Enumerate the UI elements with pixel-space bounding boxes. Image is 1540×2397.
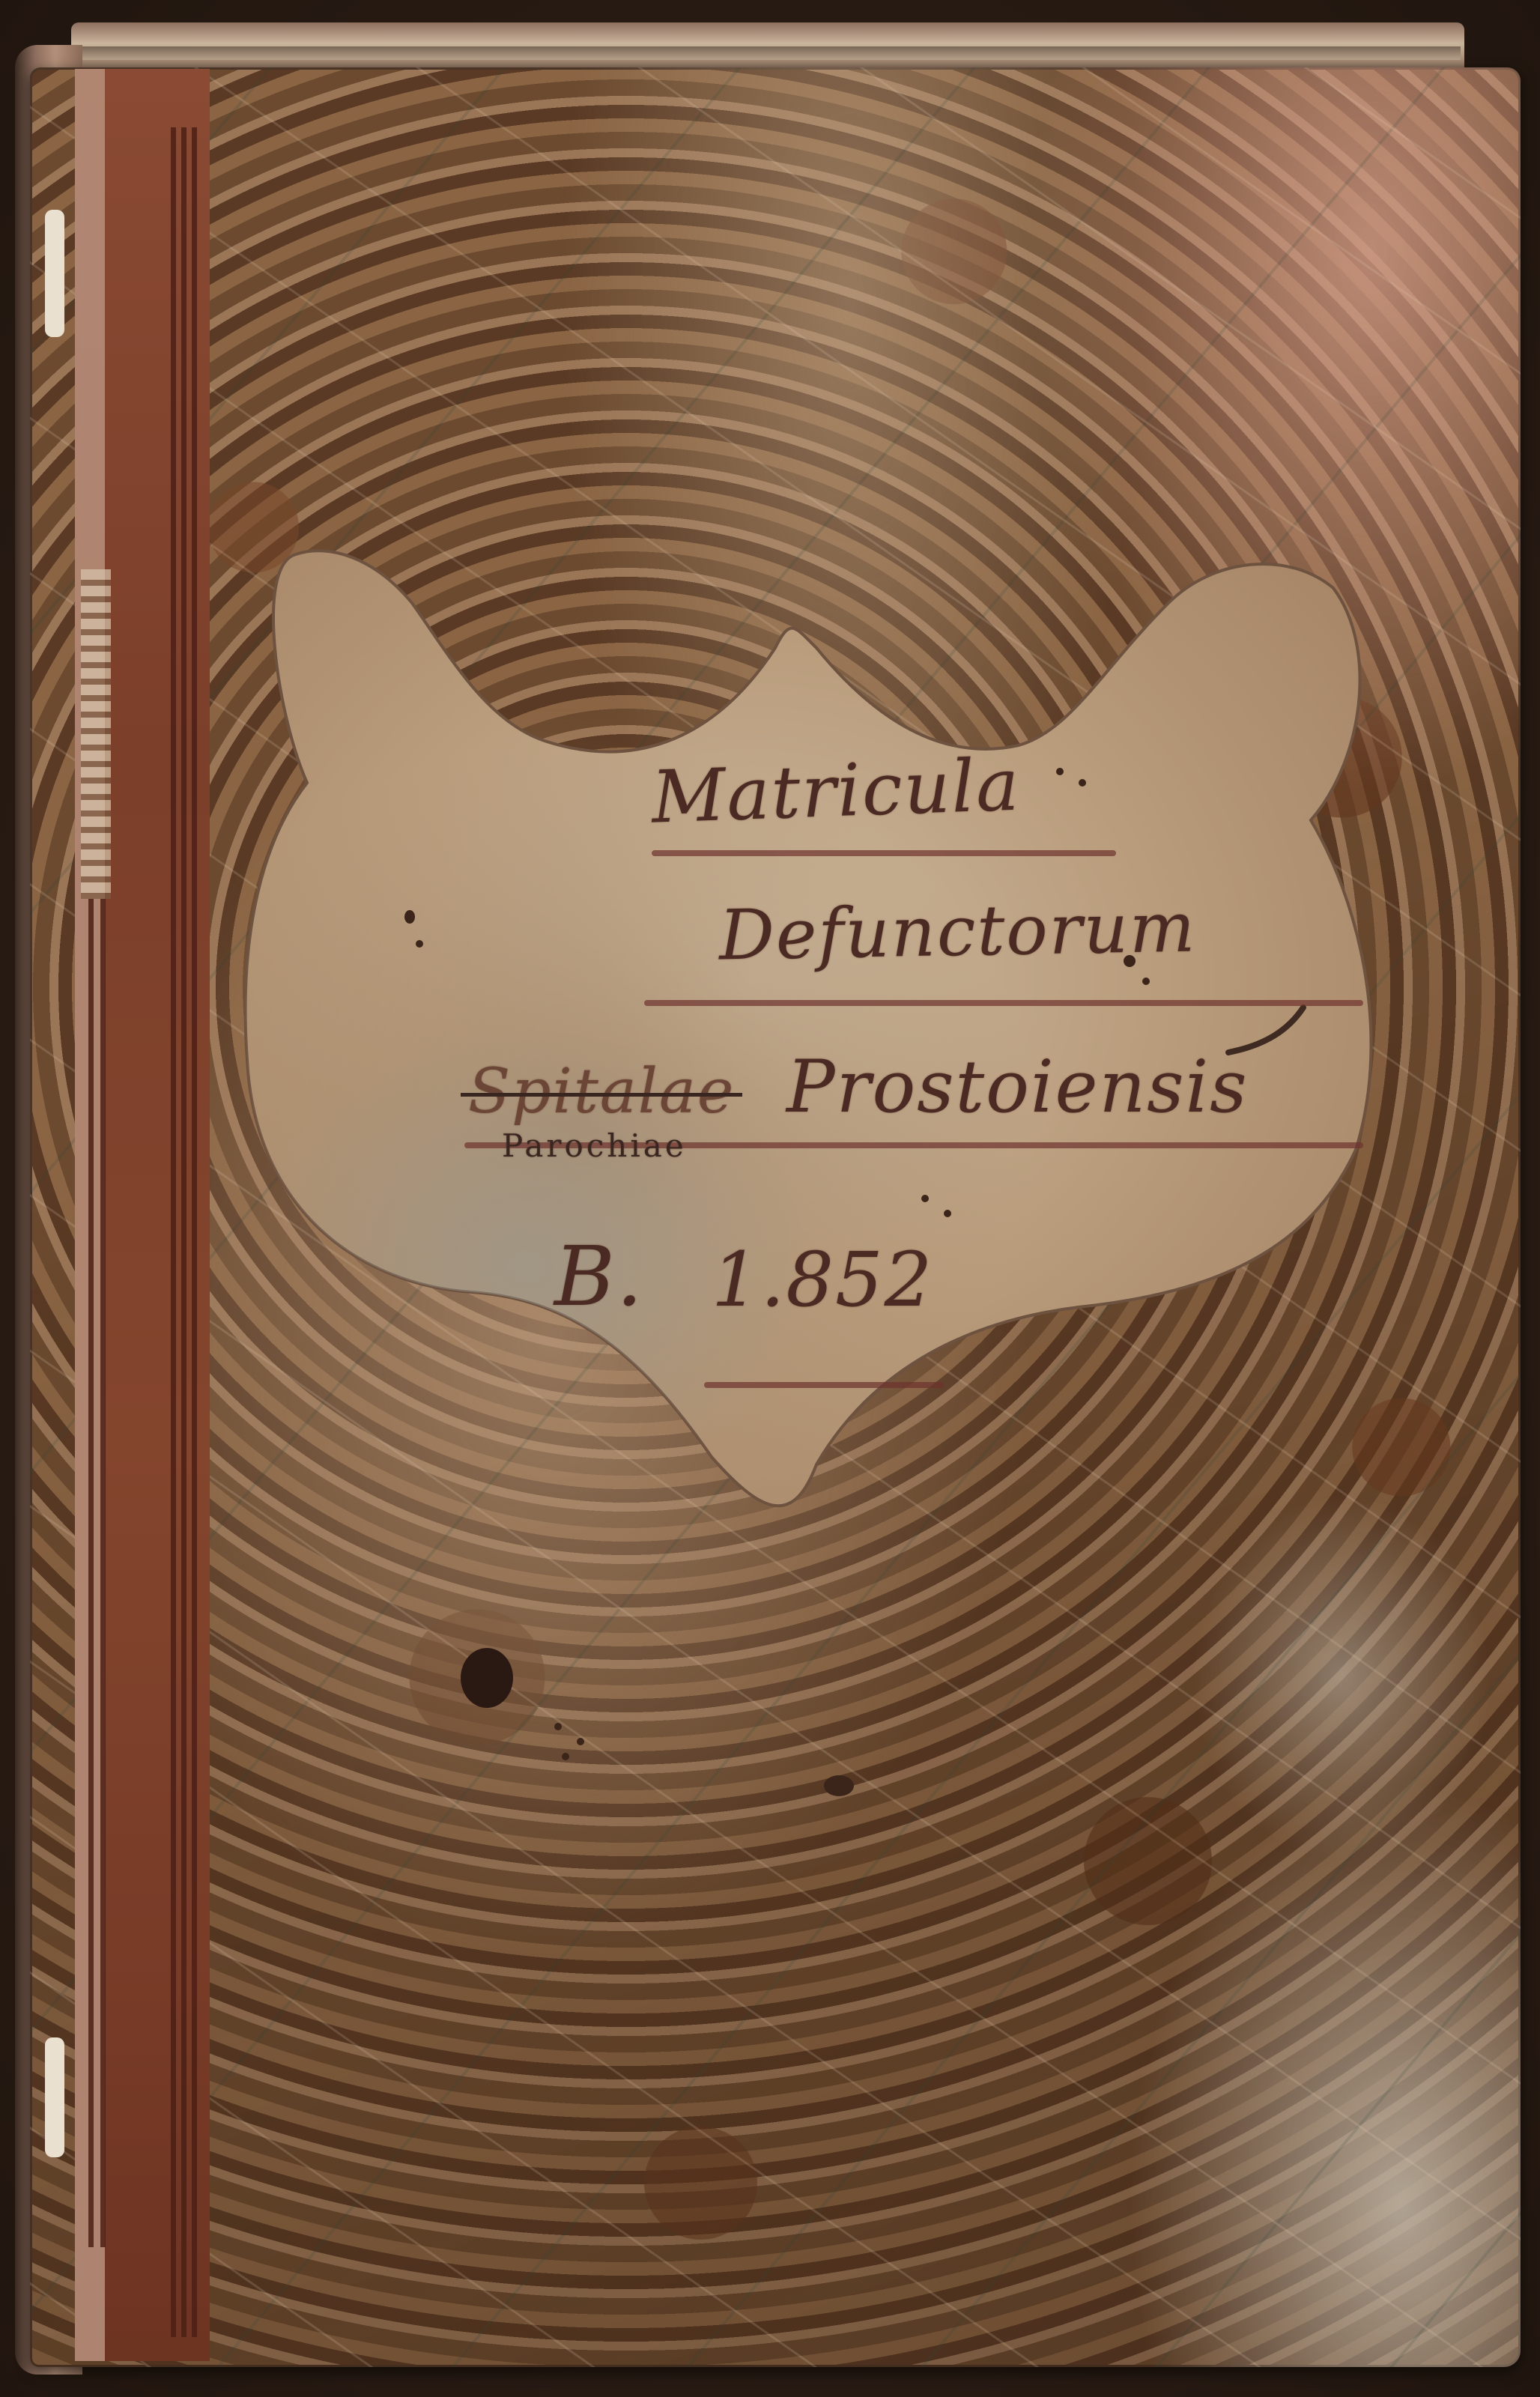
label-rule	[644, 1000, 1363, 1006]
spine-tear	[45, 2037, 64, 2157]
label-volume: B.	[554, 1228, 644, 1324]
ink-speck	[1124, 955, 1136, 967]
label-place: Prostoiensis	[786, 1045, 1249, 1129]
spine-rule-line	[171, 127, 176, 2337]
spine-rule-line	[181, 127, 187, 2337]
ink-blot	[461, 1648, 513, 1708]
label-rule	[652, 850, 1116, 856]
spine-tooling	[81, 569, 111, 899]
ink-speck	[577, 1738, 584, 1745]
spine-leather-strip	[75, 69, 210, 2361]
spine-tear	[45, 210, 64, 337]
label-year: 1.852	[712, 1236, 933, 1324]
ink-speck	[944, 1210, 951, 1217]
spine-rule-line	[192, 127, 197, 2337]
ink-speck	[1056, 768, 1064, 775]
label-title: Matricula	[650, 742, 1022, 839]
ink-speck	[416, 940, 423, 948]
spine-rule-line	[88, 899, 94, 2247]
ink-speck	[1079, 779, 1086, 787]
shield-shape	[225, 536, 1393, 1539]
ink-speck	[404, 910, 415, 924]
label-rule	[704, 1382, 944, 1388]
ink-speck	[921, 1195, 929, 1202]
ink-speck	[1142, 978, 1150, 985]
ink-speck	[562, 1753, 569, 1760]
ink-speck	[554, 1723, 562, 1730]
page-block-inner-edge	[82, 46, 1461, 60]
ink-speck	[824, 1775, 854, 1796]
label-struck-word: Spitalae	[468, 1056, 735, 1127]
shield-label: Matricula Defunctorum Spitalae Parochiae…	[225, 536, 1393, 1539]
spine-rule-line	[100, 899, 106, 2247]
label-correction: Parochiae	[502, 1127, 687, 1164]
